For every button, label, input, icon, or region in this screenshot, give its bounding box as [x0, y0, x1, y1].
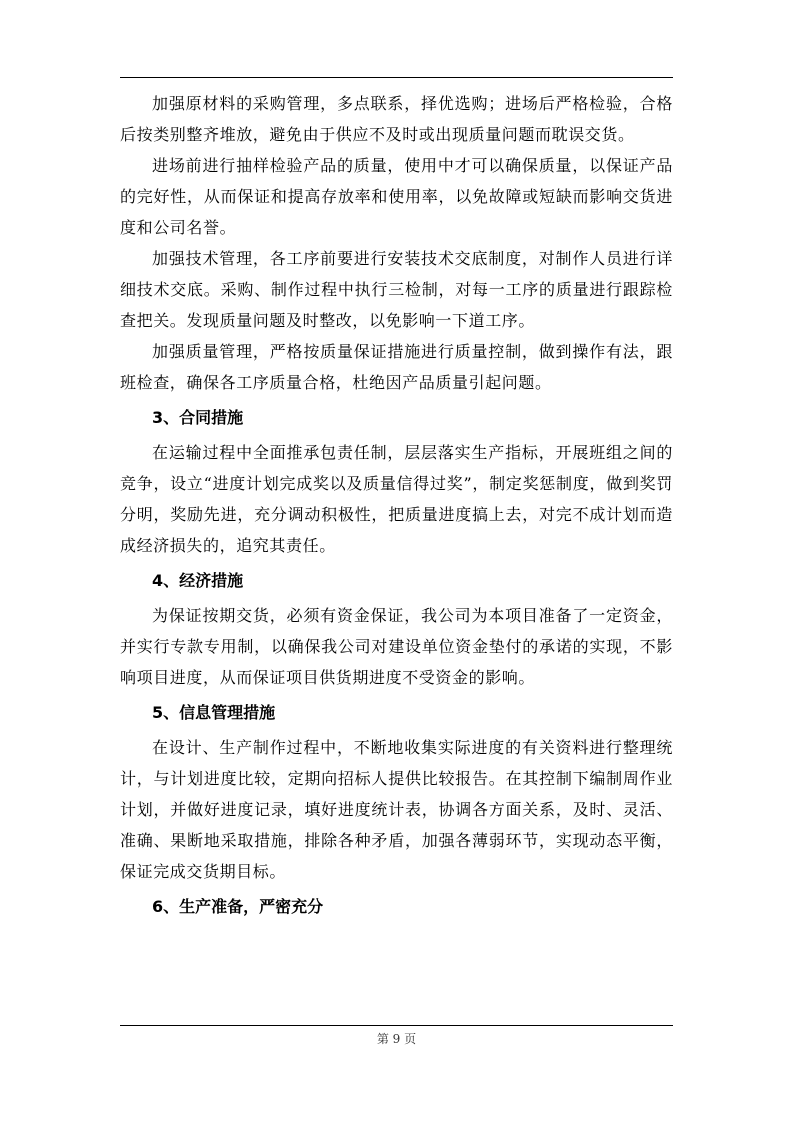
heading-information-management: 5、信息管理措施 [120, 697, 673, 728]
paragraph-sampling-inspection: 进场前进行抽样检验产品的质量，使用中才可以确保质量，以保证产品的完好性，从而保证… [120, 150, 673, 243]
paragraph-information-management: 在设计、生产制作过程中，不断地收集实际进度的有关资料进行整理统计，与计划进度比较… [120, 732, 673, 887]
header-rule [120, 77, 673, 78]
paragraph-quality-management: 加强质量管理，严格按质量保证措施进行质量控制，做到操作有法，跟班检查，确保各工序… [120, 336, 673, 398]
footer-rule [120, 1025, 673, 1026]
paragraph-contract-measures: 在运输过程中全面推承包责任制，层层落实生产指标，开展班组之间的竞争，设立“进度计… [120, 437, 673, 561]
heading-economic-measures: 4、经济措施 [120, 565, 673, 596]
paragraph-economic-measures: 为保证按期交货，必须有资金保证，我公司为本项目准备了一定资金，并实行专款专用制，… [120, 600, 673, 693]
paragraph-materials-procurement: 加强原材料的采购管理，多点联系，择优选购；进场后严格检验，合格后按类别整齐堆放，… [120, 88, 673, 150]
heading-production-preparation: 6、生产准备，严密充分 [120, 891, 673, 922]
page-number: 第 9 页 [120, 1030, 673, 1047]
page-content: 加强原材料的采购管理，多点联系，择优选购；进场后严格检验，合格后按类别整齐堆放，… [120, 88, 673, 926]
heading-contract-measures: 3、合同措施 [120, 402, 673, 433]
paragraph-technical-management: 加强技术管理，各工序前要进行安装技术交底制度，对制作人员进行详细技术交底。采购、… [120, 243, 673, 336]
document-page: 加强原材料的采购管理，多点联系，择优选购；进场后严格检验，合格后按类别整齐堆放，… [0, 0, 793, 1122]
